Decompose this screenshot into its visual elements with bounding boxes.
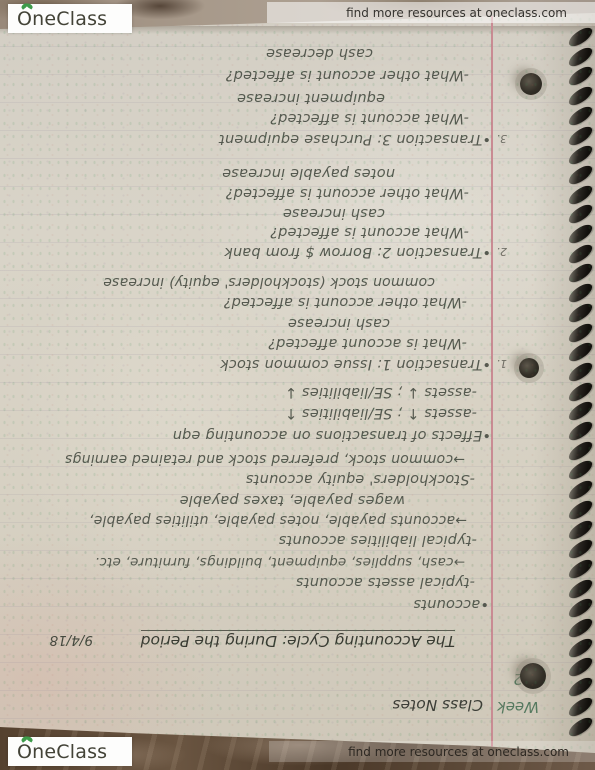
handwritten-notes: Week 2 Class Notes The Accounting Cycle:… (0, 13, 595, 738)
note-line: •accounts (413, 596, 489, 612)
note-line: •Transaction 1: Issue common stock (220, 356, 491, 372)
note-line: cash increase (283, 205, 385, 221)
oneclass-logo-top: OneClass (8, 4, 132, 33)
note-line: -What is account affected? (268, 335, 467, 351)
note-line: -What other account is affected? (226, 67, 469, 83)
note-line: notes payable increase (222, 165, 395, 181)
note-line: common stock (stockholders' equity) incr… (103, 274, 435, 290)
note-line: •Effects of transactions on accounting e… (172, 427, 491, 443)
hole-punch (520, 73, 542, 95)
note-line: →common stock, preferred stock and retai… (65, 451, 465, 467)
note-line: →cash, supplies, equipment, buildings, f… (95, 554, 465, 570)
note-line: -assets ↑ ; SE/liabilities ↑ (285, 405, 477, 421)
note-line: wages payable, taxes payable (179, 492, 405, 508)
note-line: →accounts payable, notes payable, utilit… (89, 512, 467, 528)
note-line: -What account is affected? (270, 110, 469, 126)
note-line: -What other account is affected? (224, 294, 467, 310)
note-line: -What account is affected? (270, 224, 469, 240)
page-date: 9/4/18 (50, 632, 93, 648)
week-label: Week (497, 698, 539, 716)
logo-text: OneClass (8, 741, 107, 763)
course-label: Class Notes (393, 696, 483, 714)
note-line: -What other account is affected? (226, 185, 469, 201)
notes-photo-page: Week 2 Class Notes The Accounting Cycle:… (0, 0, 595, 770)
margin-number: 3. (497, 132, 508, 145)
note-line: •Transaction 2: Borrow $ from bank (224, 244, 491, 260)
note-line: -typical assets accounts (296, 574, 475, 590)
note-line: cash increase (288, 315, 390, 331)
margin-number: 1. (497, 357, 508, 370)
logo-leaf-icon (21, 4, 33, 10)
find-more-link-bottom[interactable]: find more resources at oneclass.com (269, 741, 595, 762)
page-title: The Accounting Cycle: During the Period (141, 630, 455, 650)
find-more-text: find more resources at oneclass.com (346, 6, 567, 20)
note-line: cash decrease (266, 45, 373, 61)
note-line: -typical liabilities accounts (279, 532, 477, 548)
logo-leaf-icon (21, 737, 33, 743)
hole-punch (519, 358, 539, 378)
find-more-link-top[interactable]: find more resources at oneclass.com (267, 2, 595, 23)
logo-text: OneClass (8, 8, 107, 30)
note-line: -assets ↓ ; SE/liabilities ↓ (285, 384, 477, 400)
note-line: equipment increase (237, 90, 385, 106)
note-line: •Transaction 3: Purchase equipment (219, 131, 491, 147)
margin-number: 2. (497, 245, 508, 258)
notebook-paper: Week 2 Class Notes The Accounting Cycle:… (0, 0, 595, 770)
hole-punch (520, 663, 546, 689)
note-line: -Stockholders' equity accounts (246, 471, 475, 487)
find-more-text: find more resources at oneclass.com (348, 745, 569, 759)
oneclass-logo-bottom: OneClass (8, 737, 132, 766)
